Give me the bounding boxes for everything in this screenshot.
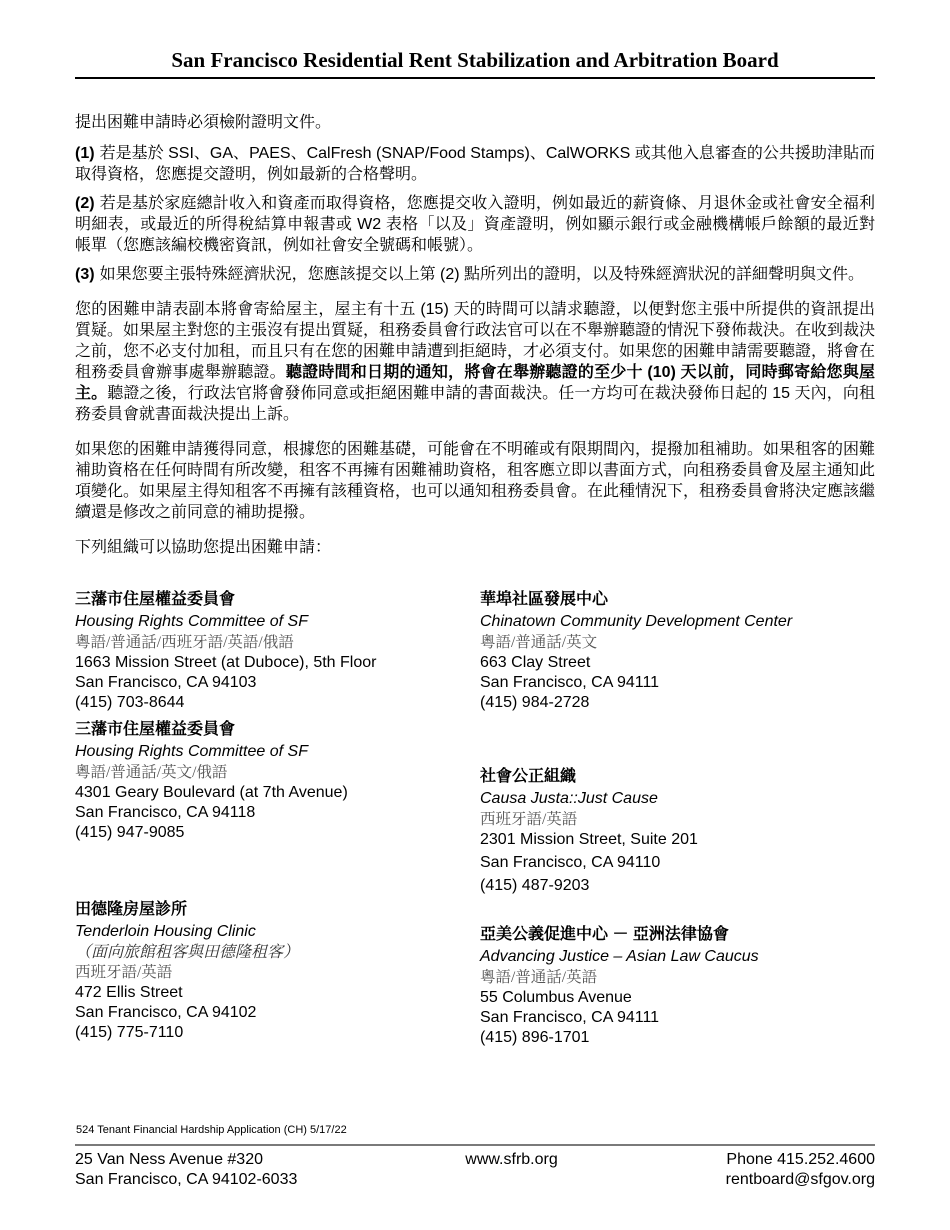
org-name-zh: 社會公正組織 bbox=[480, 766, 880, 788]
footer-address-line1: 25 Van Ness Avenue #320 bbox=[75, 1150, 297, 1170]
footer-email: rentboard@sfgov.org bbox=[726, 1170, 875, 1190]
footer-contact: Phone 415.252.4600 rentboard@sfgov.org bbox=[726, 1150, 875, 1189]
item-1-text: 若是基於 SSI、GA、PAES、CalFresh (SNAP/Food Sta… bbox=[75, 145, 875, 183]
intro-paragraph: 提出困難申請時必須檢附證明文件。 bbox=[75, 112, 875, 133]
list-item-1: (1)若是基於 SSI、GA、PAES、CalFresh (SNAP/Food … bbox=[75, 143, 875, 185]
org-address-line1: 472 Ellis Street bbox=[75, 983, 475, 1003]
org-address-line1: 4301 Geary Boulevard (at 7th Avenue) bbox=[75, 783, 475, 803]
org-address-line1: 2301 Mission Street, Suite 201 bbox=[480, 830, 880, 850]
org-name-en: Causa Justa::Just Cause bbox=[480, 788, 880, 810]
org-name-en: Housing Rights Committee of SF bbox=[75, 741, 475, 763]
body-text: 提出困難申請時必須檢附證明文件。 (1)若是基於 SSI、GA、PAES、Cal… bbox=[75, 112, 875, 566]
org-phone: (415) 703-8644 bbox=[75, 693, 475, 713]
org-card-tenderloin-housing-clinic: 田德隆房屋診所 Tenderloin Housing Clinic （面向旅館租… bbox=[75, 899, 475, 1043]
list-item-2: (2)若是基於家庭總計收入和資產而取得資格，您應提交收入證明，例如最近的薪資條、… bbox=[75, 193, 875, 256]
document-page: San Francisco Residential Rent Stabiliza… bbox=[0, 0, 950, 1230]
org-languages: 粵語/普通話/西班牙語/英語/俄語 bbox=[75, 633, 475, 653]
org-address-line2: San Francisco, CA 94118 bbox=[75, 803, 475, 823]
title-divider bbox=[75, 77, 875, 79]
org-card-hrc-mission: 三藩市住屋權益委員會 Housing Rights Committee of S… bbox=[75, 589, 475, 713]
org-phone: (415) 984-2728 bbox=[480, 693, 880, 713]
footer-address-line2: San Francisco, CA 94102-6033 bbox=[75, 1170, 297, 1190]
org-languages: 粵語/普通話/英文/俄語 bbox=[75, 763, 475, 783]
footer-website: www.sfrb.org bbox=[465, 1150, 557, 1189]
item-2-text: 若是基於家庭總計收入和資產而取得資格，您應提交收入證明，例如最近的薪資條、月退休… bbox=[75, 195, 875, 254]
org-card-chinatown-cdc: 華埠社區發展中心 Chinatown Community Development… bbox=[480, 589, 880, 713]
org-name-zh: 三藩市住屋權益委員會 bbox=[75, 589, 475, 611]
org-languages: 西班牙語/英語 bbox=[480, 810, 880, 830]
form-id-label: 524 Tenant Financial Hardship Applicatio… bbox=[76, 1124, 347, 1136]
org-card-asian-law-caucus: 亞美公義促進中心 － 亞洲法律協會 Advancing Justice – As… bbox=[480, 924, 880, 1048]
org-languages: 粵語/普通話/英語 bbox=[480, 968, 880, 988]
page-title: San Francisco Residential Rent Stabiliza… bbox=[0, 48, 950, 73]
footer-divider bbox=[75, 1144, 875, 1146]
org-name-zh: 三藩市住屋權益委員會 bbox=[75, 719, 475, 741]
org-phone: (415) 896-1701 bbox=[480, 1028, 880, 1048]
org-card-hrc-geary: 三藩市住屋權益委員會 Housing Rights Committee of S… bbox=[75, 719, 475, 843]
org-address-line1: 1663 Mission Street (at Duboce), 5th Flo… bbox=[75, 653, 475, 673]
org-phone: (415) 775-7110 bbox=[75, 1023, 475, 1043]
org-languages: 粵語/普通話/英文 bbox=[480, 633, 880, 653]
org-address-line2: San Francisco, CA 94103 bbox=[75, 673, 475, 693]
footer-phone: Phone 415.252.4600 bbox=[726, 1150, 875, 1170]
footer: 25 Van Ness Avenue #320 San Francisco, C… bbox=[75, 1150, 875, 1189]
org-address-line2: San Francisco, CA 94110 bbox=[480, 853, 880, 873]
org-address-line2: San Francisco, CA 94111 bbox=[480, 1008, 880, 1028]
org-name-en: Advancing Justice – Asian Law Caucus bbox=[480, 946, 880, 968]
item-2-number: (2) bbox=[75, 195, 95, 212]
org-name-en: Chinatown Community Development Center bbox=[480, 611, 880, 633]
org-name-en: Tenderloin Housing Clinic bbox=[75, 921, 475, 943]
org-name-zh: 田德隆房屋診所 bbox=[75, 899, 475, 921]
list-item-3: (3)如果您要主張特殊經濟狀況，您應該提交以上第 (2) 點所列出的證明，以及特… bbox=[75, 264, 875, 285]
org-note: （面向旅館租客與田德隆租客） bbox=[75, 943, 475, 963]
item-3-number: (3) bbox=[75, 266, 95, 283]
org-languages: 西班牙語/英語 bbox=[75, 963, 475, 983]
hearing-text-after: 聽證之後，行政法官將會發佈同意或拒絕困難申請的書面裁決。任一方均可在裁決發佈日起… bbox=[75, 385, 875, 423]
org-address-line1: 663 Clay Street bbox=[480, 653, 880, 673]
footer-address: 25 Van Ness Avenue #320 San Francisco, C… bbox=[75, 1150, 297, 1189]
org-name-zh: 亞美公義促進中心 － 亞洲法律協會 bbox=[480, 924, 880, 946]
approval-paragraph: 如果您的困難申請獲得同意，根據您的困難基礎，可能會在不明確或有限期間內，提撥加租… bbox=[75, 439, 875, 523]
item-1-number: (1) bbox=[75, 145, 95, 162]
org-phone: (415) 947-9085 bbox=[75, 823, 475, 843]
item-3-text: 如果您要主張特殊經濟狀況，您應該提交以上第 (2) 點所列出的證明，以及特殊經濟… bbox=[100, 266, 864, 283]
orgs-intro: 下列組織可以協助您提出困難申請： bbox=[75, 537, 875, 558]
org-address-line1: 55 Columbus Avenue bbox=[480, 988, 880, 1008]
org-name-en: Housing Rights Committee of SF bbox=[75, 611, 475, 633]
hearing-paragraph: 您的困難申請表副本將會寄給屋主，屋主有十五 (15) 天的時間可以請求聽證，以便… bbox=[75, 299, 875, 425]
org-name-zh: 華埠社區發展中心 bbox=[480, 589, 880, 611]
org-address-line2: San Francisco, CA 94102 bbox=[75, 1003, 475, 1023]
org-phone: (415) 487-9203 bbox=[480, 876, 880, 896]
org-address-line2: San Francisco, CA 94111 bbox=[480, 673, 880, 693]
org-card-causa-justa: 社會公正組織 Causa Justa::Just Cause 西班牙語/英語 2… bbox=[480, 766, 880, 896]
